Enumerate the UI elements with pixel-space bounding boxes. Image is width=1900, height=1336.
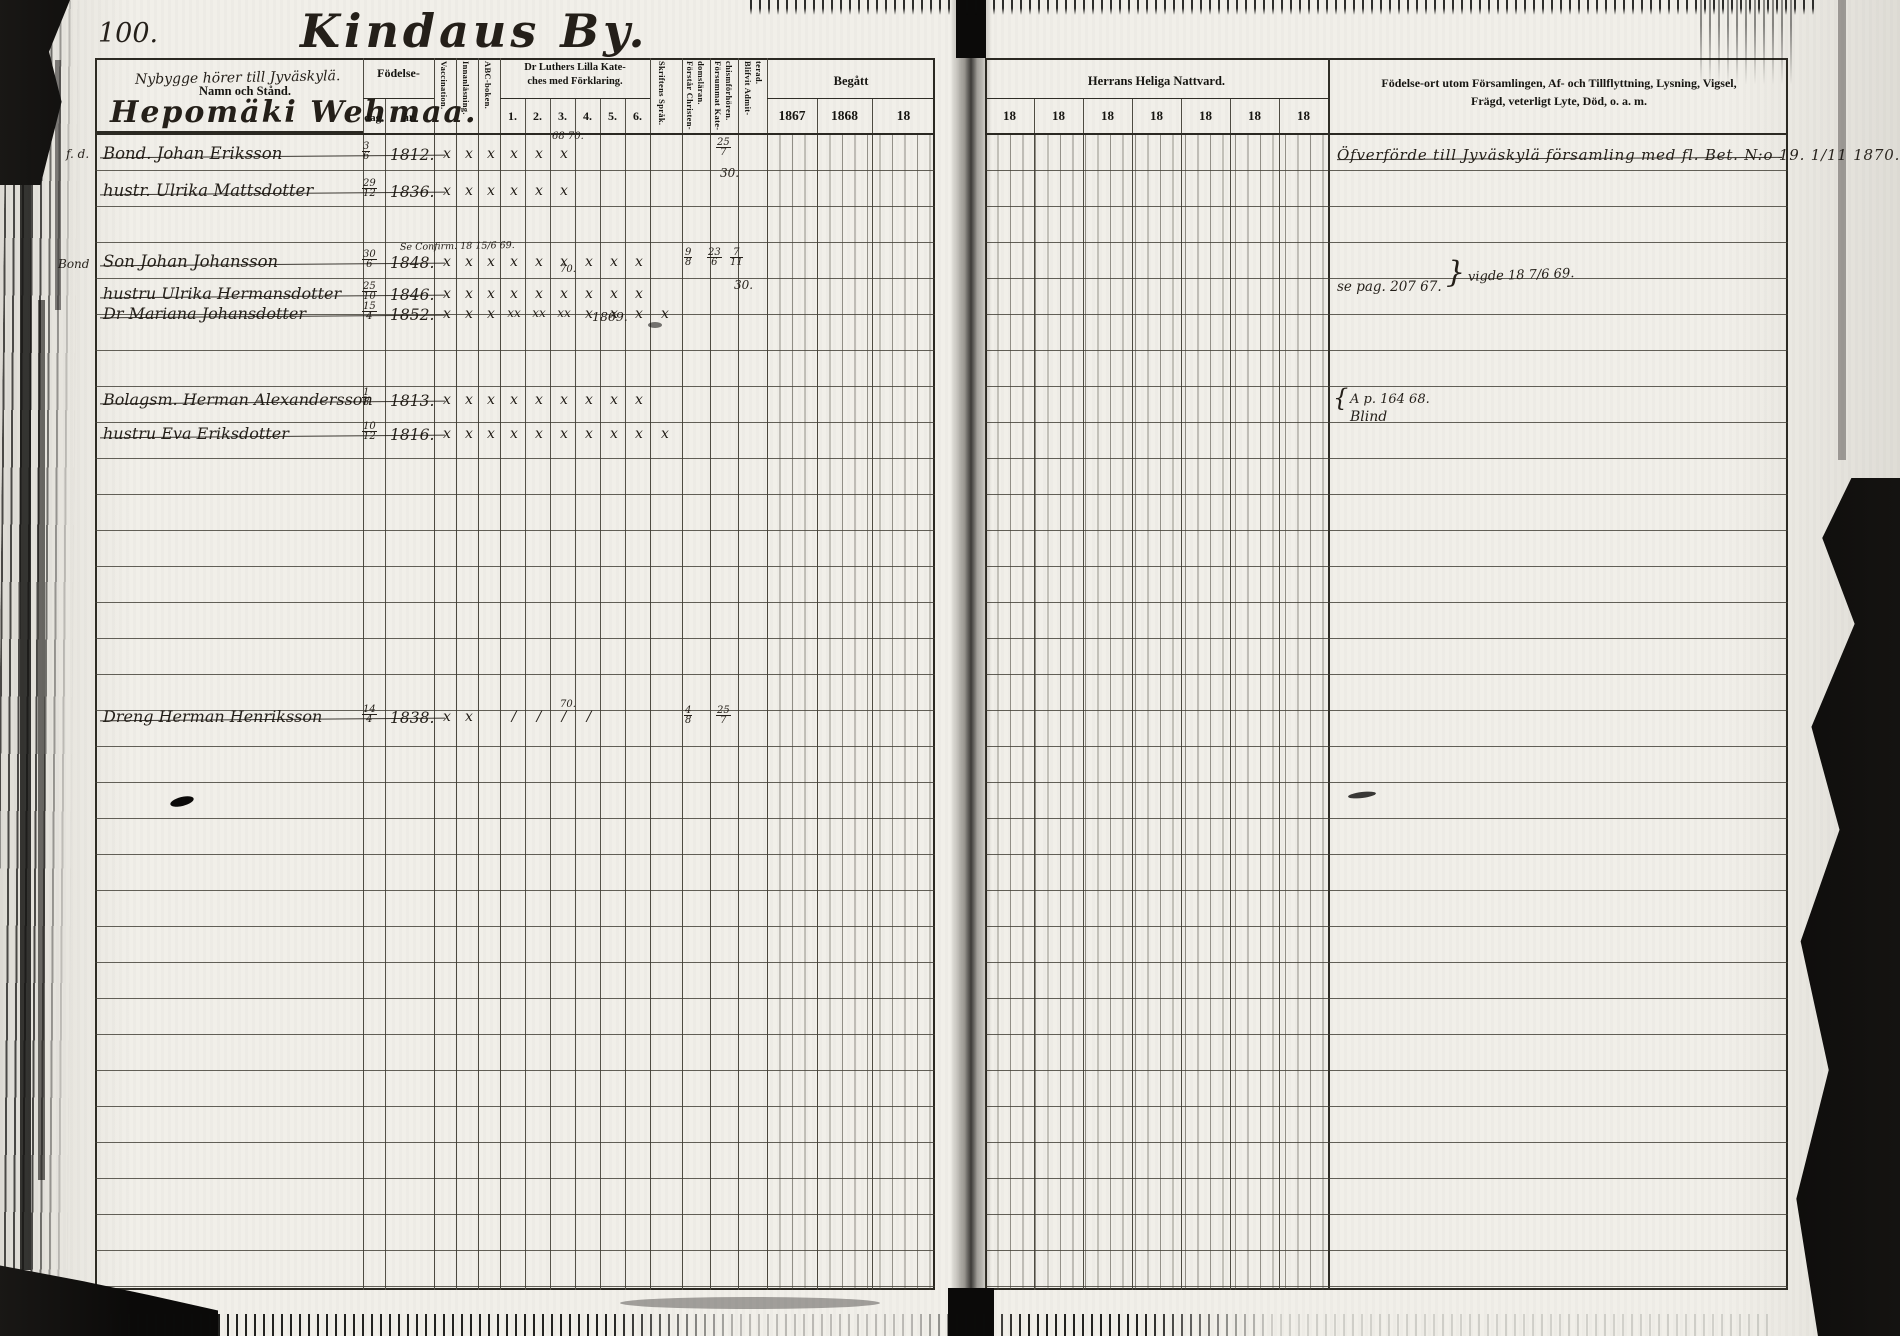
mark-catechism: x xyxy=(628,306,650,322)
mark-catechism: x xyxy=(603,254,625,270)
mark-catechism: x xyxy=(553,392,575,408)
left-edge-streaks xyxy=(0,0,98,1336)
mark-catechism: x xyxy=(528,426,550,442)
birth-day-den: 4 xyxy=(366,311,372,322)
missed-examination-column-header: Försummat Kate- chismförhören. xyxy=(712,61,739,134)
mark-catechism: x xyxy=(503,426,525,442)
mark-catechism: x xyxy=(578,426,600,442)
nattvard-year-1: 18 xyxy=(985,108,1034,124)
mark-catechism: x xyxy=(503,286,525,302)
mark-catechism: x xyxy=(603,392,625,408)
right-edge-blob xyxy=(1792,478,1900,1336)
mark-catechism: x xyxy=(603,286,625,302)
left-header-bottom-rule xyxy=(95,133,935,135)
note-page-reference: A p. 164 68. xyxy=(1350,392,1430,407)
top-edge-streaks xyxy=(750,0,1820,15)
mark-catechism: x xyxy=(528,146,550,162)
mark-reading: x xyxy=(458,286,480,302)
annotation-date: 30. xyxy=(734,278,753,292)
birth-day-den: 4 xyxy=(366,714,372,725)
abc-book-column-header: ABC-boken. xyxy=(482,61,493,134)
nattvard-year-4: 18 xyxy=(1132,108,1181,124)
admitted-column-header: Blifvit Admit- terad. xyxy=(742,61,768,134)
mark-catechism: x xyxy=(628,254,650,270)
nattvard-year-7: 18 xyxy=(1279,108,1328,124)
birth-year-header: år. xyxy=(385,110,434,125)
right-header-bottom-rule xyxy=(985,133,1788,135)
mark-catechism: xx xyxy=(503,306,525,320)
catechism-sub-4: 4. xyxy=(575,109,600,124)
begatt-header-divider xyxy=(767,98,935,99)
mark-scripture: x xyxy=(654,426,676,442)
mark-catechism: x xyxy=(628,392,650,408)
begatt-year-1867: 1867 xyxy=(767,108,817,124)
annotation-date-den: 6 xyxy=(711,257,717,268)
mark-reading: x xyxy=(458,709,480,725)
mark-catechism: x xyxy=(578,254,600,270)
annotation-date-den: 11 xyxy=(730,257,743,268)
annotation-year-note: 70. xyxy=(560,264,576,275)
annotation-date: 30. xyxy=(720,166,739,180)
farm-name-underline xyxy=(95,131,363,133)
mark-reading: x xyxy=(458,426,480,442)
annotation-date-den: 8 xyxy=(685,257,691,268)
person-name: Son Johan Johansson xyxy=(103,252,278,271)
catechism-sub-1: 1. xyxy=(500,109,525,124)
brace-open: { xyxy=(1333,386,1348,410)
person-name: hustru Ulrika Hermansdotter xyxy=(103,284,341,303)
nattvard-year-3: 18 xyxy=(1083,108,1132,124)
mark-abc: x xyxy=(480,392,502,408)
note-blind: Blind xyxy=(1350,409,1387,425)
mark-catechism: x xyxy=(528,183,550,199)
catechism-sub-2: 2. xyxy=(525,109,550,124)
mark-catechism: x xyxy=(553,183,575,199)
annotation-year-note: 70. xyxy=(560,699,576,710)
mark-catechism: x xyxy=(503,146,525,162)
mark-catechism: x xyxy=(578,392,600,408)
mark-abc: x xyxy=(480,254,502,270)
annotation-date-den: 8 xyxy=(685,715,691,726)
annotation-year-note: 68 70. xyxy=(552,131,584,142)
catechism-header-line1: Dr Luthers Lilla Kate- xyxy=(500,62,650,73)
mark-catechism: x xyxy=(603,426,625,442)
birth-day-den: 8 xyxy=(363,397,369,408)
note-page-reference: se pag. 207 67. xyxy=(1337,279,1442,295)
annotation-confirmation-note: Se Confirm. 18 15/6 69. xyxy=(400,240,515,253)
mark-catechism: x xyxy=(528,286,550,302)
person-name: Dreng Herman Henriksson xyxy=(103,707,322,726)
mark-abc: x xyxy=(480,306,502,322)
notes-column-header-line2: Frägd, veterligt Lyte, Död, o. a. m. xyxy=(1330,94,1788,109)
person-name: Bond. Johan Eriksson xyxy=(103,144,282,163)
note-transfer: Öfverförde till Jyväskylä församling med… xyxy=(1337,146,1900,164)
mark-catechism: / xyxy=(528,709,550,725)
mark-reading: x xyxy=(458,306,480,322)
reading-column-header: Innanläsning. xyxy=(460,61,471,134)
mark-reading: x xyxy=(458,146,480,162)
mark-catechism: x xyxy=(553,146,575,162)
mark-catechism: x xyxy=(528,392,550,408)
mark-catechism: x xyxy=(578,286,600,302)
birth-day-den: 12 xyxy=(363,431,376,442)
person-name: hustr. Ulrika Mattsdotter xyxy=(103,181,313,200)
mark-abc: x xyxy=(480,426,502,442)
annotation-admitted-year: 1869. xyxy=(592,309,628,324)
annotation-date-den: 7 xyxy=(720,147,726,158)
nattvard-year-5: 18 xyxy=(1181,108,1230,124)
catechism-header-divider xyxy=(500,98,650,99)
brace-close: } xyxy=(1446,258,1465,288)
bottom-edge-streaks xyxy=(110,1314,1775,1336)
mark-catechism: / xyxy=(578,709,600,725)
left-edge-streak xyxy=(38,300,45,1180)
mark-abc: x xyxy=(480,146,502,162)
page-number: 100. xyxy=(98,18,158,49)
nattvard-year-2: 18 xyxy=(1034,108,1083,124)
nattvard-header-divider xyxy=(985,98,1328,99)
scanned-parish-register-spread: 100. Kindaus By. Nybygge hörer till Jyvä… xyxy=(0,0,1900,1336)
catechism-sub-5: 5. xyxy=(600,109,625,124)
left-communion-fine-grid xyxy=(767,135,935,1290)
mark-catechism: / xyxy=(503,709,525,725)
left-edge-streak xyxy=(20,140,31,1270)
right-edge-streak xyxy=(1838,0,1846,460)
catechism-sub-3: 3. xyxy=(550,109,575,124)
mark-abc: x xyxy=(480,183,502,199)
mark-catechism: x xyxy=(503,183,525,199)
birth-day-den: 12 xyxy=(363,188,376,199)
mark-abc: x xyxy=(480,286,502,302)
book-gutter-shadow xyxy=(950,0,992,1336)
mark-reading: x xyxy=(458,392,480,408)
mark-catechism: x xyxy=(553,426,575,442)
bottom-smudge xyxy=(620,1297,880,1309)
mark-scripture: x xyxy=(654,306,676,322)
person-name: hustru Eva Eriksdotter xyxy=(103,424,289,443)
mark-reading: x xyxy=(458,254,480,270)
mark-catechism: x xyxy=(503,392,525,408)
annotation-date-den: 7 xyxy=(720,715,726,726)
communion-section-header: Herrans Heliga Nattvard. xyxy=(985,74,1328,89)
understands-doctrine-column-header: Förstår Christen- domsläran. xyxy=(684,61,711,134)
mark-catechism: x xyxy=(628,426,650,442)
mark-reading: x xyxy=(458,183,480,199)
mark-catechism: / xyxy=(553,709,575,725)
birth-day-den: 6 xyxy=(363,151,369,162)
mark-catechism: xx xyxy=(528,306,550,320)
ink-blob xyxy=(648,322,662,328)
catechism-header-line2: ches med Förklaring. xyxy=(500,76,650,87)
mark-catechism: x xyxy=(553,286,575,302)
vaccination-column-header: Vaccination. xyxy=(438,61,449,134)
begatt-year-1868: 1868 xyxy=(817,108,872,124)
begatt-column-header: Begått xyxy=(767,74,935,89)
catechism-sub-6: 6. xyxy=(625,109,650,124)
left-edge-streak xyxy=(55,60,61,310)
mark-catechism: x xyxy=(528,254,550,270)
mark-catechism: x xyxy=(628,286,650,302)
top-right-streaks xyxy=(1700,0,1795,85)
mark-catechism: xx xyxy=(553,306,575,320)
right-communion-fine-grid xyxy=(985,135,1328,1290)
person-name: Bolagsm. Herman Alexandersson xyxy=(103,390,373,409)
person-name: Dr Mariana Johansdotter xyxy=(103,304,306,323)
nattvard-year-6: 18 xyxy=(1230,108,1279,124)
scripture-language-column-header: Skriftens Språk. xyxy=(656,61,667,134)
mark-catechism: x xyxy=(503,254,525,270)
birth-column-header: Födelse- xyxy=(363,66,434,81)
page-title: Kindaus By. xyxy=(300,4,649,58)
begatt-year-18: 18 xyxy=(872,108,935,124)
birth-day-den: 6 xyxy=(366,259,372,270)
birth-day-header: dag. xyxy=(363,112,385,124)
